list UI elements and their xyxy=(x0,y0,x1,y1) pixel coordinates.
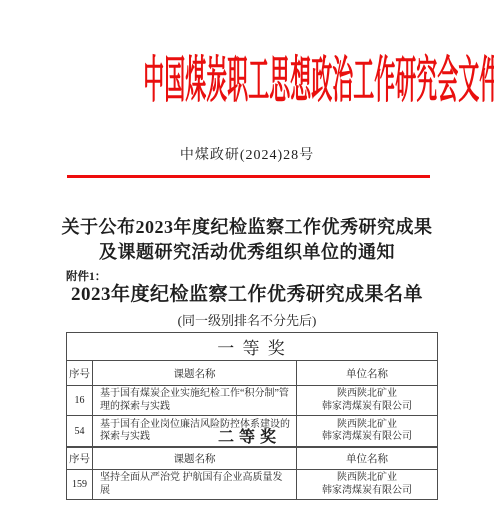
second-prize-table: 序号 课题名称 单位名称 159 坚持全面从严治党 护航国有企业高质量发展 陕西… xyxy=(66,447,438,500)
row-unit: 陕西陕北矿业 韩家湾煤炭有限公司 xyxy=(297,470,438,500)
column-header-unit: 单位名称 xyxy=(297,361,438,386)
column-header-topic: 课题名称 xyxy=(93,361,297,386)
row-unit-line1: 陕西陕北矿业 xyxy=(299,388,435,401)
row-unit-line2: 韩家湾煤炭有限公司 xyxy=(299,401,435,414)
row-unit: 陕西陕北矿业 韩家湾煤炭有限公司 xyxy=(297,386,438,416)
row-number: 159 xyxy=(67,470,93,500)
row-topic: 基于国有煤炭企业实施纪检工作“积分制”管理的探索与实践 xyxy=(93,386,297,416)
column-header-no: 序号 xyxy=(67,361,93,386)
notice-title: 关于公布2023年度纪检监察工作优秀研究成果 及课题研究活动优秀组织单位的通知 xyxy=(0,215,494,265)
row-unit-line1: 陕西陕北矿业 xyxy=(299,472,435,485)
table-row: 159 坚持全面从严治党 护航国有企业高质量发展 陕西陕北矿业 韩家湾煤炭有限公… xyxy=(67,470,438,500)
table-row: 16 基于国有煤炭企业实施纪检工作“积分制”管理的探索与实践 陕西陕北矿业 韩家… xyxy=(67,386,438,416)
first-prize-caption-row: 一 等 奖 xyxy=(67,333,438,361)
attachment-title: 2023年度纪检监察工作优秀研究成果名单 xyxy=(0,283,494,307)
document-number: 中煤政研(2024)28号 xyxy=(0,146,494,166)
notice-title-line1: 关于公布2023年度纪检监察工作优秀研究成果 xyxy=(0,215,494,240)
column-header-no: 序号 xyxy=(67,448,93,470)
ranking-note: (同一级别排名不分先后) xyxy=(0,312,494,329)
notice-title-line2: 及课题研究活动优秀组织单位的通知 xyxy=(0,240,494,265)
document-header-title: 中国煤炭职工思想政治工作研究会文件 xyxy=(143,55,350,105)
row-topic: 坚持全面从严治党 护航国有企业高质量发展 xyxy=(93,470,297,500)
row-number: 16 xyxy=(67,386,93,416)
red-divider-line xyxy=(67,175,430,178)
column-header-unit: 单位名称 xyxy=(297,448,438,470)
column-header-topic: 课题名称 xyxy=(93,448,297,470)
first-prize-header-row: 序号 课题名称 单位名称 xyxy=(67,361,438,386)
second-prize-caption: 二等奖 xyxy=(0,429,494,447)
row-unit-line2: 韩家湾煤炭有限公司 xyxy=(299,485,435,498)
second-prize-header-row: 序号 课题名称 单位名称 xyxy=(67,448,438,470)
document-page: 中国煤炭职工思想政治工作研究会文件 中煤政研(2024)28号 关于公布2023… xyxy=(0,0,494,514)
first-prize-caption: 一 等 奖 xyxy=(67,333,438,361)
